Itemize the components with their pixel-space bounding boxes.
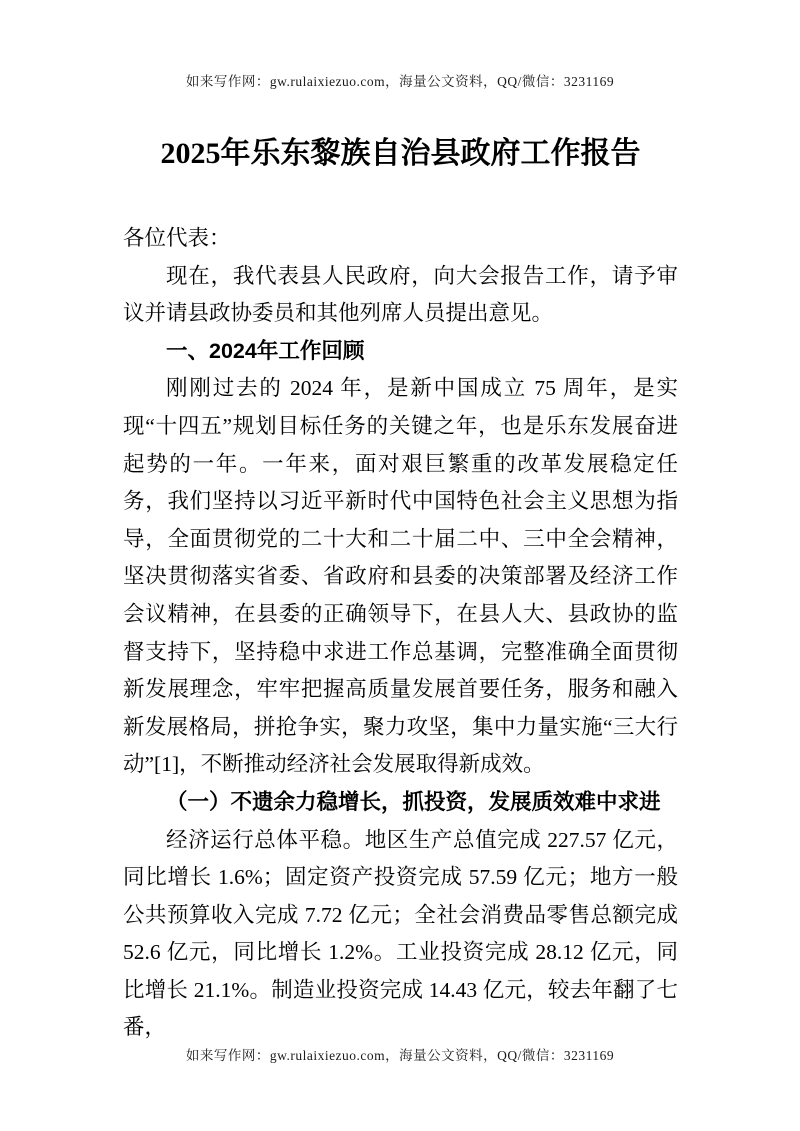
section-heading: （一）不遗余力稳增长，抓投资，发展质效难中求进 <box>123 784 678 822</box>
body-paragraph: 各位代表： <box>123 220 678 258</box>
page-header-watermark: 如来写作网：gw.rulaixiezuo.com，海量公文资料，QQ/微信：32… <box>0 70 800 90</box>
document-content: 2025年乐东黎族自治县政府工作报告 各位代表：现在，我代表县人民政府，向大会报… <box>123 130 678 1047</box>
section-heading: 一、2024年工作回顾 <box>123 333 678 371</box>
body-paragraph: 刚刚过去的 2024 年，是新中国成立 75 周年，是实现“十四五”规划目标任务… <box>123 370 678 784</box>
page-footer-watermark: 如来写作网：gw.rulaixiezuo.com，海量公文资料，QQ/微信：32… <box>0 1044 800 1064</box>
document-body: 各位代表：现在，我代表县人民政府，向大会报告工作，请予审议并请县政协委员和其他列… <box>123 220 678 1047</box>
body-paragraph: 经济运行总体平稳。地区生产总值完成 227.57 亿元，同比增长 1.6%；固定… <box>123 822 678 1048</box>
document-page: 如来写作网：gw.rulaixiezuo.com，海量公文资料，QQ/微信：32… <box>0 0 800 1131</box>
body-paragraph: 现在，我代表县人民政府，向大会报告工作，请予审议并请县政协委员和其他列席人员提出… <box>123 258 678 333</box>
document-title: 2025年乐东黎族自治县政府工作报告 <box>123 130 678 178</box>
